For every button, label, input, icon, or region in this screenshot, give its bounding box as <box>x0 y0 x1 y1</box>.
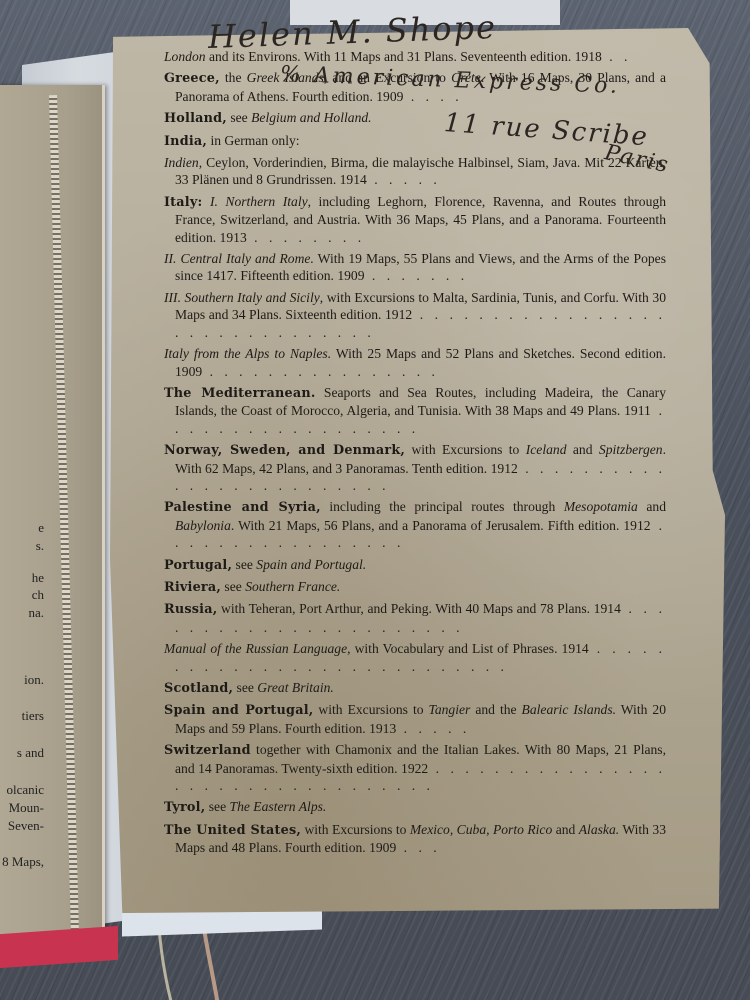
entry-title: Italy: <box>164 195 202 210</box>
dot-leader: . . . . . . . <box>365 268 469 283</box>
catalogue-entry: Norway, Sweden, and Denmark, with Excurs… <box>164 441 666 494</box>
entry-title: The Mediterranean. <box>164 386 316 401</box>
left-page-fragment: Seven- <box>8 818 44 834</box>
left-page-fragment: s. <box>36 538 44 554</box>
left-page-fragment: olcanic <box>6 782 44 798</box>
entry-description: Manual of the Russian Language, with Voc… <box>164 641 589 656</box>
left-page-fragment: Moun- <box>9 800 44 816</box>
left-page-fragment: e <box>38 520 44 536</box>
entry-description: with Teheran, Port Arthur, and Peking. W… <box>217 601 621 616</box>
red-cover-edge <box>0 926 118 968</box>
catalogue-entry: Manual of the Russian Language, with Voc… <box>164 640 666 675</box>
entry-description: see Spain and Portugal. <box>232 557 366 572</box>
left-page-fragment: ion. <box>24 672 44 688</box>
dot-leader: . . . . . . . . . . . . . . . . <box>202 364 439 379</box>
catalogue-entry: The Mediterranean. Seaports and Sea Rout… <box>164 384 666 437</box>
entry-description: see Southern France. <box>221 579 340 594</box>
entry-title: Spain and Portugal, <box>164 703 313 718</box>
entry-title: Palestine and Syria, <box>164 500 321 515</box>
catalogue-entry: Scotland, see Great Britain. <box>164 679 666 697</box>
catalogue-entry: Portugal, see Spain and Portugal. <box>164 556 666 574</box>
entry-title: India, <box>164 134 207 149</box>
entry-description: in German only: <box>207 133 300 148</box>
dot-leader: . . . <box>396 840 440 855</box>
catalogue-entry: Switzerland together with Chamonix and t… <box>164 741 666 794</box>
entry-title: Greece, <box>164 71 220 86</box>
entry-title: Scotland, <box>164 681 233 696</box>
left-page-text-fragments: es.hechna.ion.tierss andolcanicMoun-Seve… <box>0 85 90 945</box>
entry-description: see Great Britain. <box>233 680 334 695</box>
catalogue-entry: Russia, with Teheran, Port Arthur, and P… <box>164 600 666 636</box>
entry-title: London <box>164 49 206 64</box>
dot-leader: . . . . . <box>396 721 470 736</box>
left-page-fragment: tiers <box>22 708 44 724</box>
entry-description: see Belgium and Holland. <box>227 110 372 125</box>
entry-title: Switzerland <box>164 743 251 758</box>
catalogue-entry: III. Southern Italy and Sicily, with Exc… <box>164 289 666 341</box>
dot-leader: . . <box>602 49 632 64</box>
dot-leader: . . . . . <box>367 172 441 187</box>
catalogue-entry: Spain and Portugal, with Excursions to T… <box>164 701 666 737</box>
catalogue-entry: Tyrol, see The Eastern Alps. <box>164 798 666 816</box>
catalogue-entry: Italy: I. Northern Italy, including Legh… <box>164 193 666 246</box>
left-page-fragment: he <box>32 570 44 586</box>
entry-title: Portugal, <box>164 558 232 573</box>
catalogue-entry: II. Central Italy and Rome. With 19 Maps… <box>164 250 666 285</box>
entry-title: The United States, <box>164 823 301 838</box>
catalogue-entry: Riviera, see Southern France. <box>164 578 666 596</box>
catalogue-entry: Palestine and Syria, including the princ… <box>164 498 666 551</box>
entry-title: Holland, <box>164 111 227 126</box>
entry-title: Russia, <box>164 602 217 617</box>
left-page-fragment: 8 Maps, <box>2 854 44 870</box>
catalogue-list: London and its Environs. With 11 Maps an… <box>164 48 666 861</box>
entry-title: Riviera, <box>164 580 221 595</box>
entry-title: Norway, Sweden, and Denmark, <box>164 443 405 458</box>
left-page-fragment: ch <box>32 587 44 603</box>
catalogue-entry: Italy from the Alps to Naples. With 25 M… <box>164 345 666 380</box>
entry-description: see The Eastern Alps. <box>205 799 326 814</box>
dot-leader: . . . . . . . . <box>247 230 365 245</box>
entry-title: Tyrol, <box>164 800 205 815</box>
catalogue-entry: The United States, with Excursions to Me… <box>164 821 666 857</box>
catalogue-entry: Indien, Ceylon, Vorderindien, Birma, die… <box>164 154 666 189</box>
left-page-fragment: na. <box>28 605 44 621</box>
left-page-fragment: s and <box>17 745 44 761</box>
